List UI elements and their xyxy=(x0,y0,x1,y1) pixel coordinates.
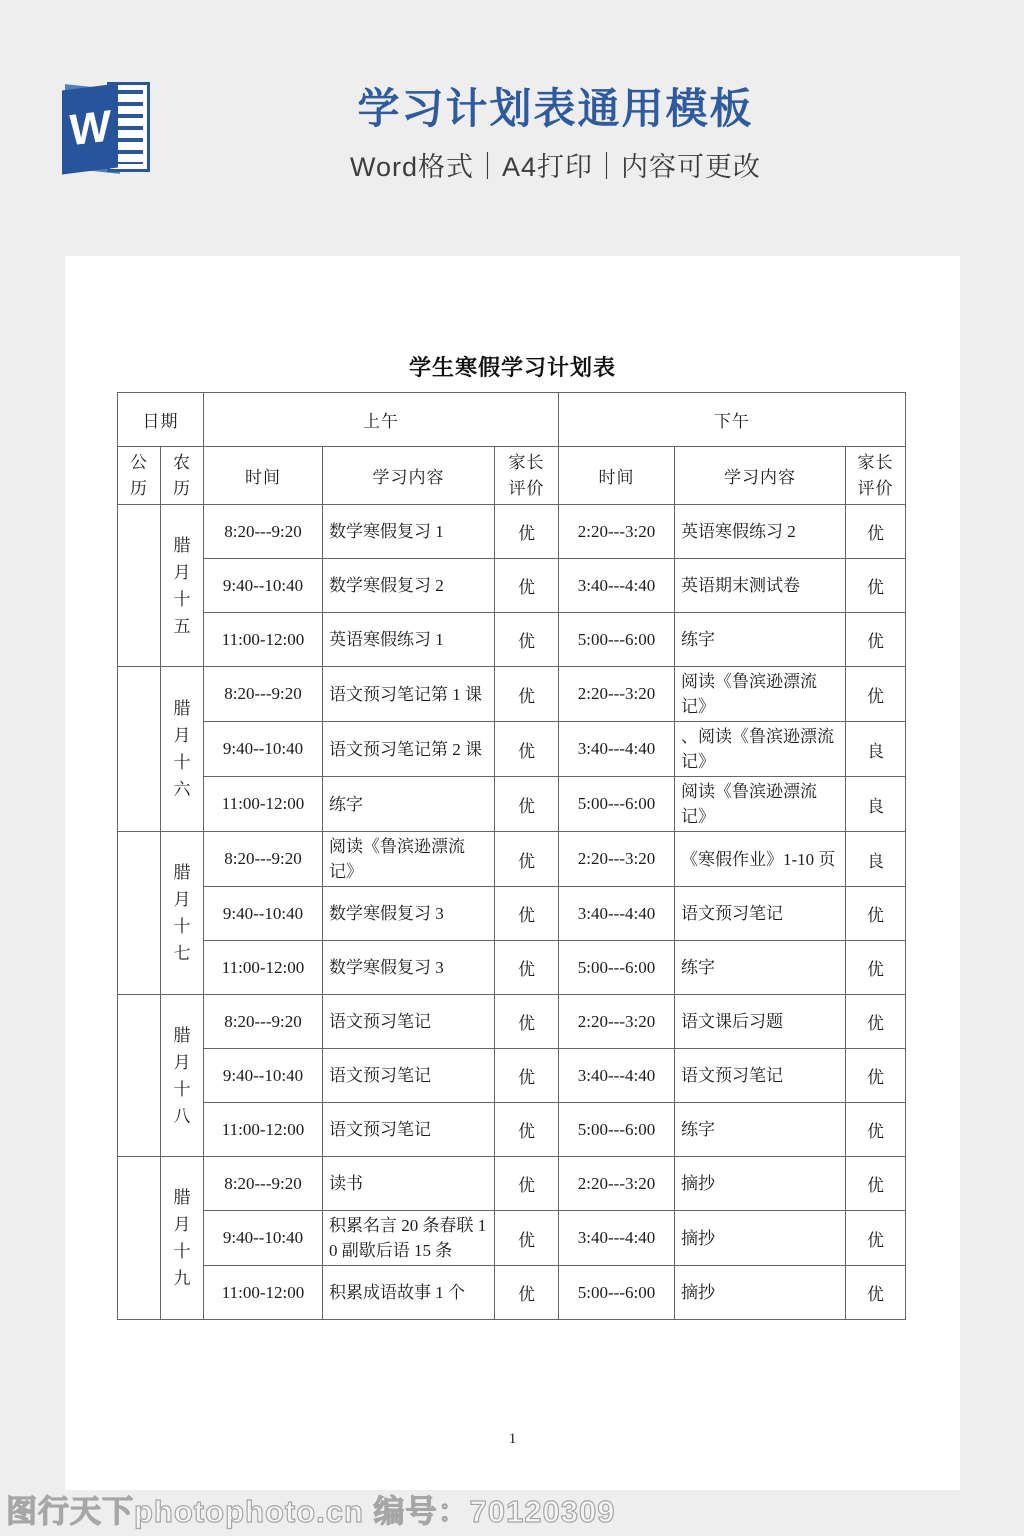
pm-eval-cell: 优 xyxy=(846,941,906,995)
pm-time-cell: 5:00---6:00 xyxy=(559,1103,675,1157)
pm-time-cell: 5:00---6:00 xyxy=(559,1266,675,1320)
pm-time-cell: 3:40---4:40 xyxy=(559,722,675,777)
am-eval-cell: 优 xyxy=(495,1049,559,1103)
pm-eval-cell: 优 xyxy=(846,559,906,613)
pm-content-cell: 、阅读《鲁滨逊漂流记》 xyxy=(675,722,846,777)
am-time-cell: 9:40--10:40 xyxy=(204,722,323,777)
pm-eval-cell: 优 xyxy=(846,613,906,667)
am-time-cell: 11:00-12:00 xyxy=(204,941,323,995)
am-eval-cell: 优 xyxy=(495,777,559,832)
pm-time-cell: 3:40---4:40 xyxy=(559,559,675,613)
pm-eval-cell: 优 xyxy=(846,505,906,559)
am-time-cell: 11:00-12:00 xyxy=(204,1266,323,1320)
table-row: 11:00-12:00练字优5:00---6:00阅读《鲁滨逊漂流记》良 xyxy=(118,777,906,832)
pm-content-cell: 英语寒假练习 2 xyxy=(675,505,846,559)
pm-content-cell: 摘抄 xyxy=(675,1266,846,1320)
am-content-cell: 语文预习笔记 xyxy=(323,1103,495,1157)
am-time-cell: 9:40--10:40 xyxy=(204,1211,323,1266)
page-title: 学习计划表通用模板 xyxy=(318,86,793,132)
am-time-cell: 8:20---9:20 xyxy=(204,1157,323,1211)
pm-time-cell: 2:20---3:20 xyxy=(559,505,675,559)
solar-cell xyxy=(118,1157,161,1320)
am-time-cell: 11:00-12:00 xyxy=(204,777,323,832)
pm-content-cell: 阅读《鲁滨逊漂流记》 xyxy=(675,777,846,832)
am-eval-cell: 优 xyxy=(495,832,559,887)
pm-time-cell: 3:40---4:40 xyxy=(559,1211,675,1266)
am-eval-cell: 优 xyxy=(495,1103,559,1157)
pm-time-cell: 3:40---4:40 xyxy=(559,887,675,941)
am-eval-cell: 优 xyxy=(495,995,559,1049)
am-time-cell: 9:40--10:40 xyxy=(204,887,323,941)
am-eval-cell: 优 xyxy=(495,559,559,613)
table-row: 9:40--10:40积累名言 20 条春联 10 副歇后语 15 条优3:40… xyxy=(118,1211,906,1266)
am-content-cell: 数学寒假复习 3 xyxy=(323,887,495,941)
word-icon-front-fold: W xyxy=(62,84,118,175)
am-content-cell: 阅读《鲁滨逊漂流记》 xyxy=(323,832,495,887)
header-am-time: 时间 xyxy=(204,447,323,505)
am-eval-cell: 优 xyxy=(495,613,559,667)
am-time-cell: 9:40--10:40 xyxy=(204,1049,323,1103)
pm-time-cell: 2:20---3:20 xyxy=(559,1157,675,1211)
am-content-cell: 语文预习笔记 xyxy=(323,1049,495,1103)
header-pm-eval: 家长评价 xyxy=(846,447,906,505)
lunar-cell: 腊月十九 xyxy=(161,1157,204,1320)
table-row: 9:40--10:40语文预习笔记第 2 课优3:40---4:40、阅读《鲁滨… xyxy=(118,722,906,777)
pm-eval-cell: 良 xyxy=(846,777,906,832)
document-page: 学生寒假学习计划表 日期 上午 下午 公历 农历 时间 学习内容 家长评价 时间… xyxy=(65,256,960,1490)
header-pm-time: 时间 xyxy=(559,447,675,505)
header-pm-content: 学习内容 xyxy=(675,447,846,505)
table-row: 9:40--10:40语文预习笔记优3:40---4:40语文预习笔记优 xyxy=(118,1049,906,1103)
am-content-cell: 练字 xyxy=(323,777,495,832)
pm-eval-cell: 优 xyxy=(846,1211,906,1266)
lunar-cell: 腊月十六 xyxy=(161,667,204,832)
pm-time-cell: 5:00---6:00 xyxy=(559,777,675,832)
promo-header: 学习计划表通用模板 Word格式｜A4打印｜内容可更改 xyxy=(318,86,793,184)
solar-cell xyxy=(118,832,161,995)
table-row: 腊月十八8:20---9:20语文预习笔记优2:20---3:20语文课后习题优 xyxy=(118,995,906,1049)
pm-eval-cell: 优 xyxy=(846,667,906,722)
table-row: 11:00-12:00数学寒假复习 3优5:00---6:00练字优 xyxy=(118,941,906,995)
am-time-cell: 8:20---9:20 xyxy=(204,505,323,559)
am-time-cell: 11:00-12:00 xyxy=(204,613,323,667)
pm-eval-cell: 优 xyxy=(846,1049,906,1103)
table-row: 腊月十六8:20---9:20语文预习笔记第 1 课优2:20---3:20阅读… xyxy=(118,667,906,722)
am-eval-cell: 优 xyxy=(495,1266,559,1320)
am-time-cell: 11:00-12:00 xyxy=(204,1103,323,1157)
table-header-row-1: 日期 上午 下午 xyxy=(118,393,906,447)
pm-content-cell: 练字 xyxy=(675,941,846,995)
pm-eval-cell: 优 xyxy=(846,995,906,1049)
pm-eval-cell: 优 xyxy=(846,1103,906,1157)
pm-content-cell: 语文预习笔记 xyxy=(675,887,846,941)
am-content-cell: 积累成语故事 1 个 xyxy=(323,1266,495,1320)
header-am-eval: 家长评价 xyxy=(495,447,559,505)
am-content-cell: 读书 xyxy=(323,1157,495,1211)
am-content-cell: 语文预习笔记 xyxy=(323,995,495,1049)
am-time-cell: 9:40--10:40 xyxy=(204,559,323,613)
table-row: 11:00-12:00语文预习笔记优5:00---6:00练字优 xyxy=(118,1103,906,1157)
am-eval-cell: 优 xyxy=(495,667,559,722)
am-eval-cell: 优 xyxy=(495,887,559,941)
table-title: 学生寒假学习计划表 xyxy=(65,351,960,382)
pm-content-cell: 英语期末测试卷 xyxy=(675,559,846,613)
header-morning: 上午 xyxy=(204,393,559,447)
pm-content-cell: 练字 xyxy=(675,613,846,667)
pm-content-cell: 语文课后习题 xyxy=(675,995,846,1049)
word-icon-text-lines xyxy=(114,90,143,164)
header-am-content: 学习内容 xyxy=(323,447,495,505)
table-row: 腊月十九8:20---9:20读书优2:20---3:20摘抄优 xyxy=(118,1157,906,1211)
word-icon: W xyxy=(62,76,152,180)
header-date: 日期 xyxy=(118,393,204,447)
lunar-cell: 腊月十五 xyxy=(161,505,204,667)
am-eval-cell: 优 xyxy=(495,941,559,995)
pm-time-cell: 2:20---3:20 xyxy=(559,832,675,887)
solar-cell xyxy=(118,667,161,832)
am-time-cell: 8:20---9:20 xyxy=(204,995,323,1049)
study-plan-table: 日期 上午 下午 公历 农历 时间 学习内容 家长评价 时间 学习内容 家长评价… xyxy=(117,392,906,1320)
pm-content-cell: 《寒假作业》1-10 页 xyxy=(675,832,846,887)
lunar-cell: 腊月十七 xyxy=(161,832,204,995)
table-row: 腊月十七8:20---9:20阅读《鲁滨逊漂流记》优2:20---3:20《寒假… xyxy=(118,832,906,887)
page-number: 1 xyxy=(65,1431,960,1448)
header-lunar: 农历 xyxy=(161,447,204,505)
am-eval-cell: 优 xyxy=(495,1211,559,1266)
pm-eval-cell: 良 xyxy=(846,832,906,887)
header-solar: 公历 xyxy=(118,447,161,505)
am-content-cell: 数学寒假复习 3 xyxy=(323,941,495,995)
pm-content-cell: 语文预习笔记 xyxy=(675,1049,846,1103)
am-content-cell: 数学寒假复习 2 xyxy=(323,559,495,613)
pm-content-cell: 摘抄 xyxy=(675,1211,846,1266)
pm-eval-cell: 优 xyxy=(846,887,906,941)
table-row: 11:00-12:00积累成语故事 1 个优5:00---6:00摘抄优 xyxy=(118,1266,906,1320)
am-eval-cell: 优 xyxy=(495,1157,559,1211)
pm-eval-cell: 良 xyxy=(846,722,906,777)
pm-eval-cell: 优 xyxy=(846,1157,906,1211)
pm-time-cell: 2:20---3:20 xyxy=(559,667,675,722)
table-header-row-2: 公历 农历 时间 学习内容 家长评价 时间 学习内容 家长评价 xyxy=(118,447,906,505)
header-afternoon: 下午 xyxy=(559,393,906,447)
table-row: 9:40--10:40数学寒假复习 3优3:40---4:40语文预习笔记优 xyxy=(118,887,906,941)
am-content-cell: 数学寒假复习 1 xyxy=(323,505,495,559)
solar-cell xyxy=(118,505,161,667)
am-content-cell: 英语寒假练习 1 xyxy=(323,613,495,667)
pm-time-cell: 2:20---3:20 xyxy=(559,995,675,1049)
table-row: 11:00-12:00英语寒假练习 1优5:00---6:00练字优 xyxy=(118,613,906,667)
am-eval-cell: 优 xyxy=(495,722,559,777)
pm-time-cell: 5:00---6:00 xyxy=(559,941,675,995)
pm-eval-cell: 优 xyxy=(846,1266,906,1320)
am-time-cell: 8:20---9:20 xyxy=(204,667,323,722)
pm-content-cell: 练字 xyxy=(675,1103,846,1157)
am-content-cell: 积累名言 20 条春联 10 副歇后语 15 条 xyxy=(323,1211,495,1266)
pm-time-cell: 5:00---6:00 xyxy=(559,613,675,667)
am-eval-cell: 优 xyxy=(495,505,559,559)
page-subtitle: Word格式｜A4打印｜内容可更改 xyxy=(318,145,793,184)
solar-cell xyxy=(118,995,161,1157)
pm-content-cell: 阅读《鲁滨逊漂流记》 xyxy=(675,667,846,722)
table-row: 9:40--10:40数学寒假复习 2优3:40---4:40英语期末测试卷优 xyxy=(118,559,906,613)
watermark: 图行天下photophoto.cn 编号：70120309 xyxy=(6,1486,615,1531)
am-content-cell: 语文预习笔记第 2 课 xyxy=(323,722,495,777)
lunar-cell: 腊月十八 xyxy=(161,995,204,1157)
am-time-cell: 8:20---9:20 xyxy=(204,832,323,887)
word-icon-letter: W xyxy=(69,104,111,153)
am-content-cell: 语文预习笔记第 1 课 xyxy=(323,667,495,722)
pm-content-cell: 摘抄 xyxy=(675,1157,846,1211)
pm-time-cell: 3:40---4:40 xyxy=(559,1049,675,1103)
table-row: 腊月十五8:20---9:20数学寒假复习 1优2:20---3:20英语寒假练… xyxy=(118,505,906,559)
